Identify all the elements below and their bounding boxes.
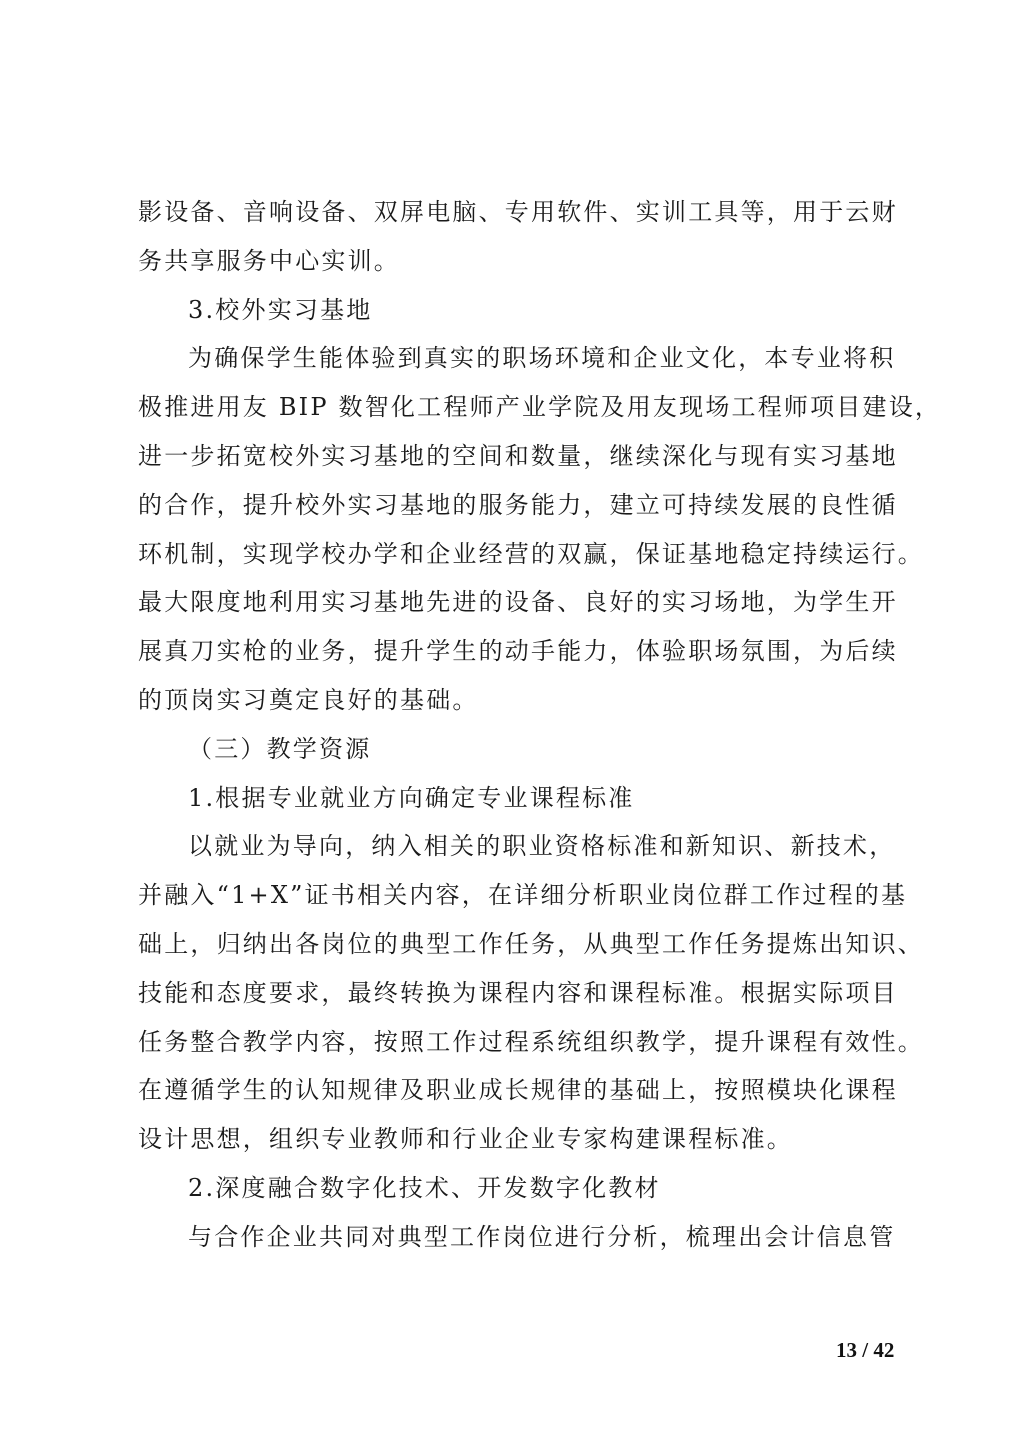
text-line: 极推进用友 BIP 数智化工程师产业学院及用友现场工程师项目建设， [138, 383, 898, 432]
document-page: 影设备、音响设备、双屏电脑、专用软件、实训工具等，用于云财 务共享服务中心实训。… [0, 0, 1024, 1448]
text-line: 展真刀实枪的业务，提升学生的动手能力，体验职场氛围，为后续 [138, 627, 898, 676]
text-line: 影设备、音响设备、双屏电脑、专用软件、实训工具等，用于云财 [138, 188, 898, 237]
subsection-heading: 3.校外实习基地 [138, 286, 898, 335]
body-text: 影设备、音响设备、双屏电脑、专用软件、实训工具等，用于云财 务共享服务中心实训。… [138, 188, 898, 1262]
subsection-heading: 1.根据专业就业方向确定专业课程标准 [138, 774, 898, 823]
text-line: 的合作，提升校外实习基地的服务能力，建立可持续发展的良性循 [138, 481, 898, 530]
text-line: 并融入“1+X”证书相关内容，在详细分析职业岗位群工作过程的基 [138, 871, 898, 920]
text-line: 础上，归纳出各岗位的典型工作任务，从典型工作任务提炼出知识、 [138, 920, 898, 969]
text-line: 环机制，实现学校办学和企业经营的双赢，保证基地稳定持续运行。 [138, 530, 898, 579]
text-line: 任务整合教学内容，按照工作过程系统组织教学，提升课程有效性。 [138, 1018, 898, 1067]
paragraph-start: 为确保学生能体验到真实的职场环境和企业文化，本专业将积 [138, 334, 898, 383]
text-line: 最大限度地利用实习基地先进的设备、良好的实习场地，为学生开 [138, 578, 898, 627]
subsection-heading: 2.深度融合数字化技术、开发数字化教材 [138, 1164, 898, 1213]
text-line: 在遵循学生的认知规律及职业成长规律的基础上，按照模块化课程 [138, 1066, 898, 1115]
text-line: 设计思想，组织专业教师和行业企业专家构建课程标准。 [138, 1115, 898, 1164]
text-line: 的顶岗实习奠定良好的基础。 [138, 676, 898, 725]
paragraph-start: 以就业为导向，纳入相关的职业资格标准和新知识、新技术， [138, 822, 898, 871]
section-heading: （三）教学资源 [138, 725, 898, 774]
page-number: 13 / 42 [836, 1338, 894, 1363]
text-line: 进一步拓宽校外实习基地的空间和数量，继续深化与现有实习基地 [138, 432, 898, 481]
text-line: 务共享服务中心实训。 [138, 237, 898, 286]
paragraph-start: 与合作企业共同对典型工作岗位进行分析，梳理出会计信息管 [138, 1213, 898, 1262]
text-line: 技能和态度要求，最终转换为课程内容和课程标准。根据实际项目 [138, 969, 898, 1018]
